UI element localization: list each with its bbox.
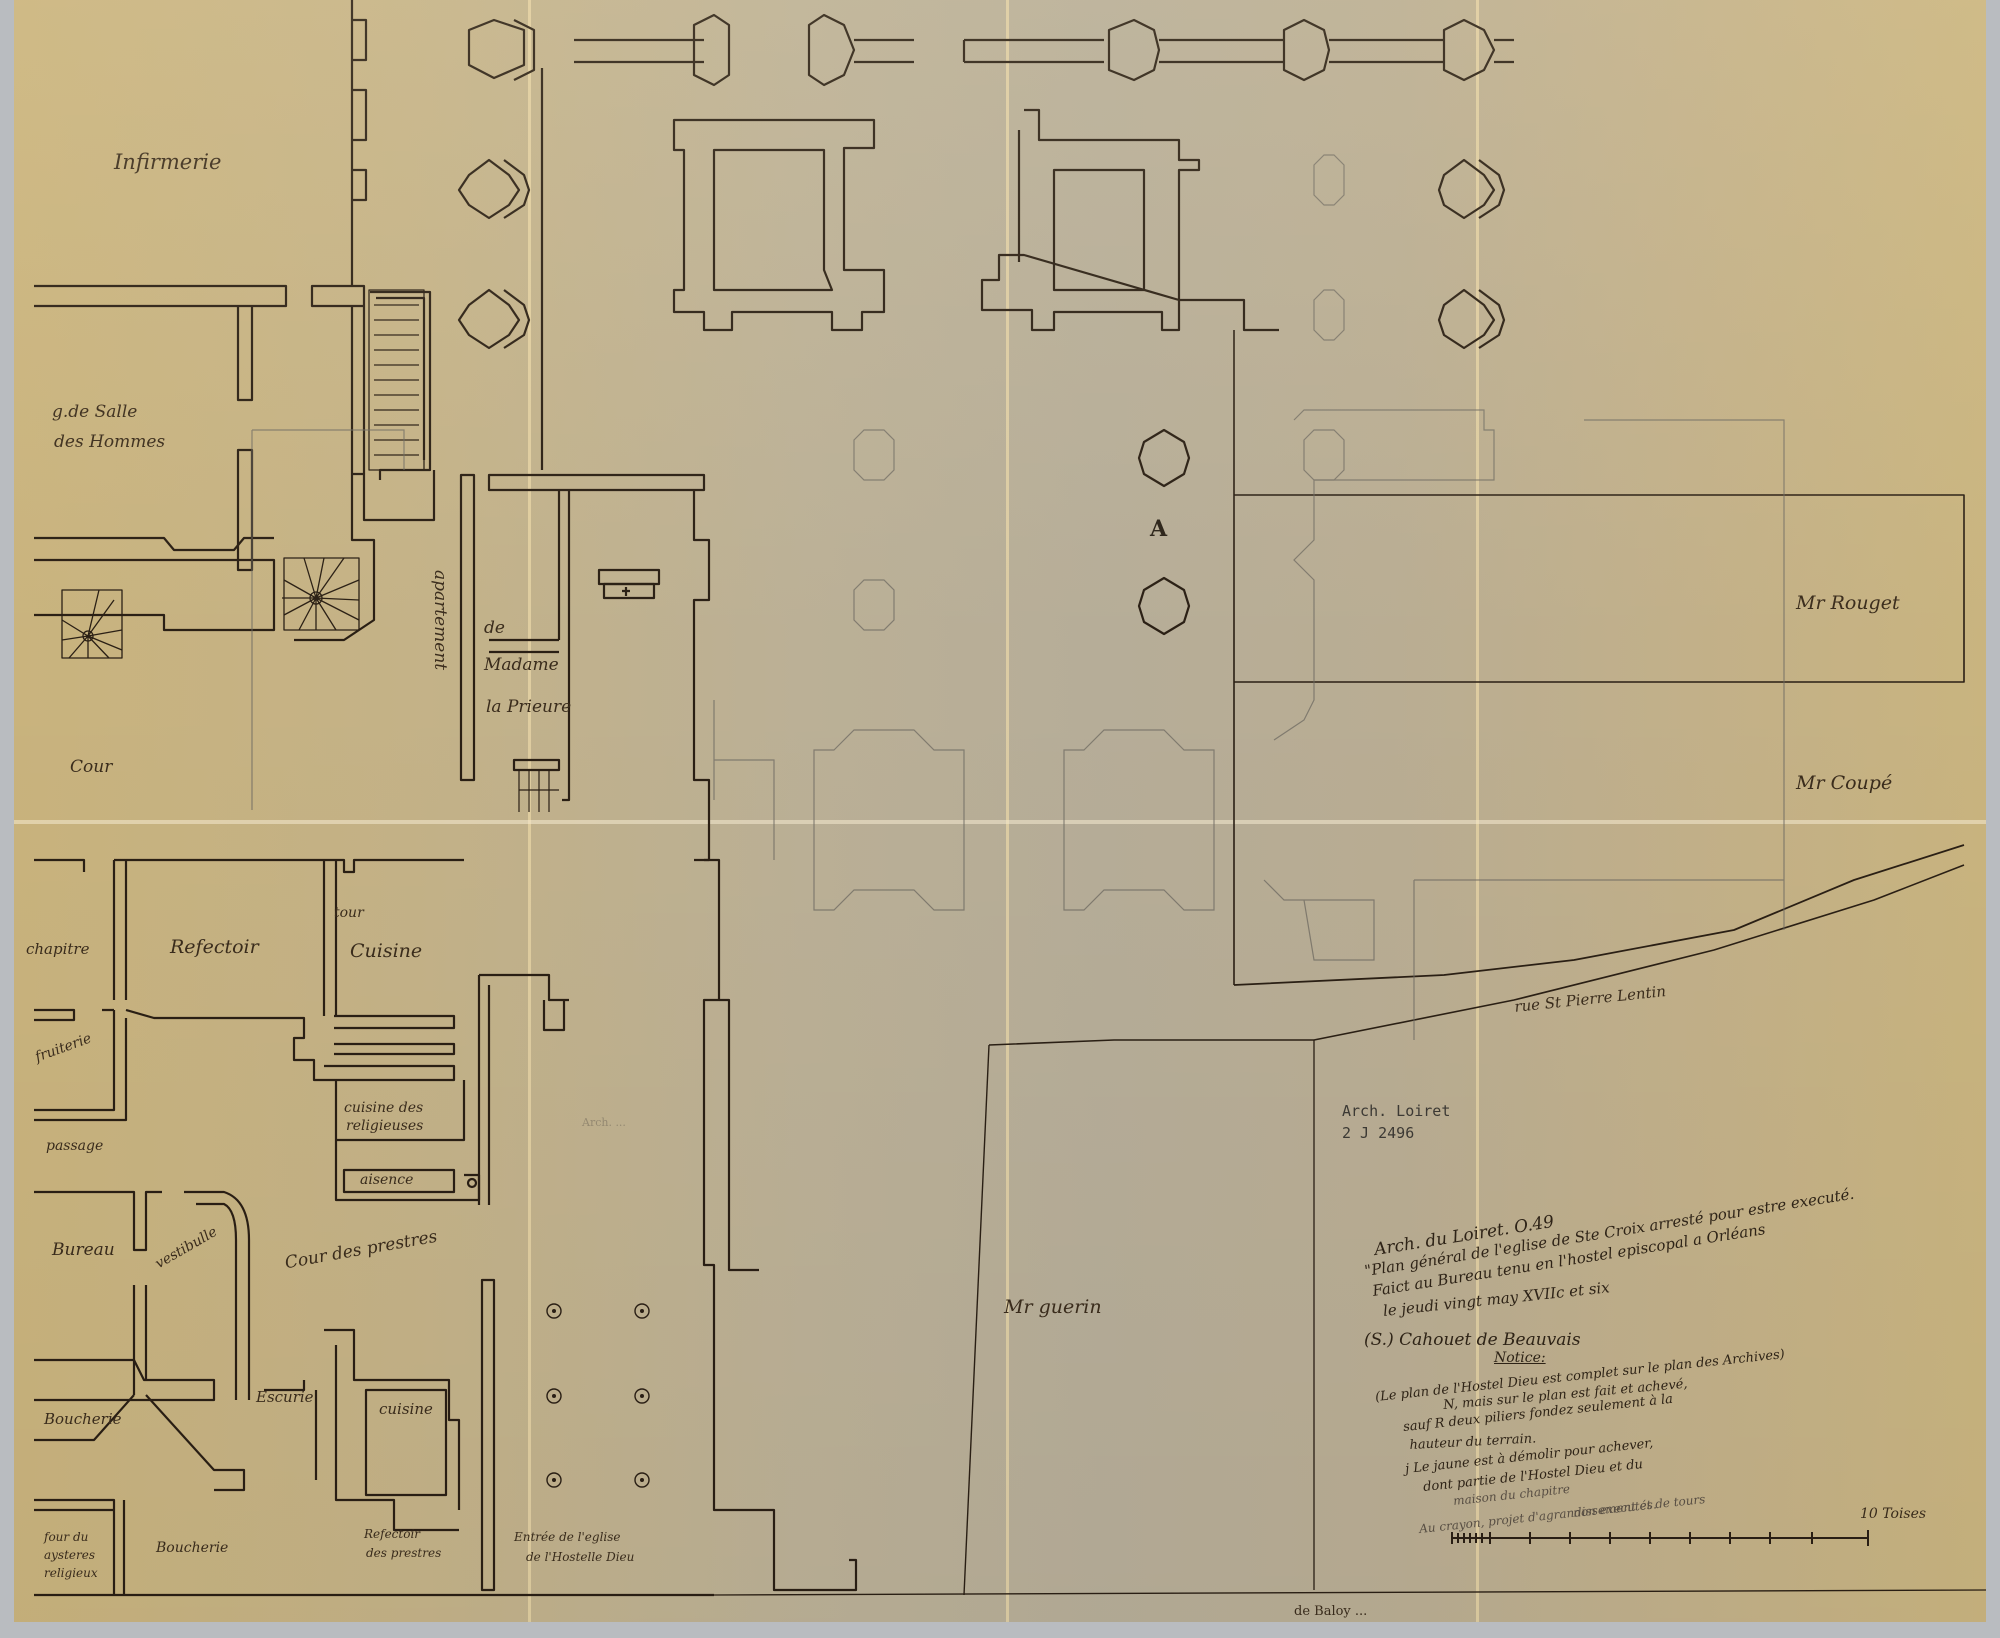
label-cuisine: Cuisine (350, 940, 422, 962)
label-infirmerie: Infirmerie (114, 150, 221, 174)
faint-inscription: Arch. ... (582, 1116, 626, 1129)
label-apartement-madame: Madame (484, 655, 559, 675)
label-entree-1: Entrée de l'eglise (514, 1530, 621, 1544)
label-grande-salle: g.de Salle (52, 402, 137, 422)
label-four-1: four du (44, 1530, 88, 1544)
label-cuisine-religieuses-2: religieuses (346, 1118, 423, 1134)
archive-stamp: Arch. Loiret 2 J 2496 (1342, 1100, 1450, 1144)
label-four-3: religieux (44, 1566, 98, 1580)
scale-bar-label: 10 Toises (1860, 1506, 1926, 1522)
archive-stamp-line-2: 2 J 2496 (1342, 1122, 1450, 1144)
scale-bar-graphic (1450, 1520, 1870, 1550)
note-line-5: (S.) Cahouet de Beauvais (1364, 1330, 1581, 1350)
label-boucherie: Boucherie (44, 1410, 122, 1428)
r-pillars (459, 160, 1504, 348)
label-cuisine-religieuses-1: cuisine des (344, 1100, 423, 1116)
label-grande-salle-hommes: des Hommes (54, 432, 165, 452)
label-apartement-prieure: la Prieure (486, 697, 571, 717)
label-cuisine-2: cuisine (379, 1400, 433, 1418)
label-cour: Cour (70, 757, 112, 777)
neighbor-rouget: Mr Rouget (1796, 592, 1900, 614)
label-boucherie-2: Boucherie (156, 1540, 228, 1556)
label-chapitre: chapitre (26, 940, 89, 958)
label-refectoir: Refectoir (170, 936, 259, 958)
label-entree-2: de l'Hostelle Dieu (526, 1550, 634, 1564)
label-bureau: Bureau (52, 1240, 115, 1260)
label-apartement: apartement (430, 570, 450, 670)
plan-sheet: Infirmerie g.de Salle des Hommes Cour ap… (14, 0, 1986, 1622)
label-apartement-de: de (484, 618, 505, 638)
label-escurie: Escurie (256, 1388, 314, 1406)
label-tour: tour (334, 905, 364, 921)
label-passage: passage (46, 1138, 103, 1154)
floor-plan-drawing (14, 0, 1986, 1622)
label-four-2: aysteres (44, 1548, 95, 1562)
label-refectoir-prestres-1: Refectoir (364, 1527, 420, 1541)
archive-stamp-line-1: Arch. Loiret (1342, 1100, 1450, 1122)
scale-bar (1450, 1520, 1870, 1550)
top-colonnade (469, 15, 1514, 85)
neighbor-coupe: Mr Coupé (1796, 772, 1892, 794)
footer-signature: de Baloy ... (1294, 1604, 1367, 1619)
marker-a: A (1150, 516, 1167, 542)
label-aisence: aisence (360, 1172, 413, 1188)
label-refectoir-prestres-2: des prestres (366, 1546, 441, 1560)
notice-title: Notice: (1494, 1350, 1546, 1366)
neighbor-guerin: Mr guerin (1004, 1296, 1102, 1318)
